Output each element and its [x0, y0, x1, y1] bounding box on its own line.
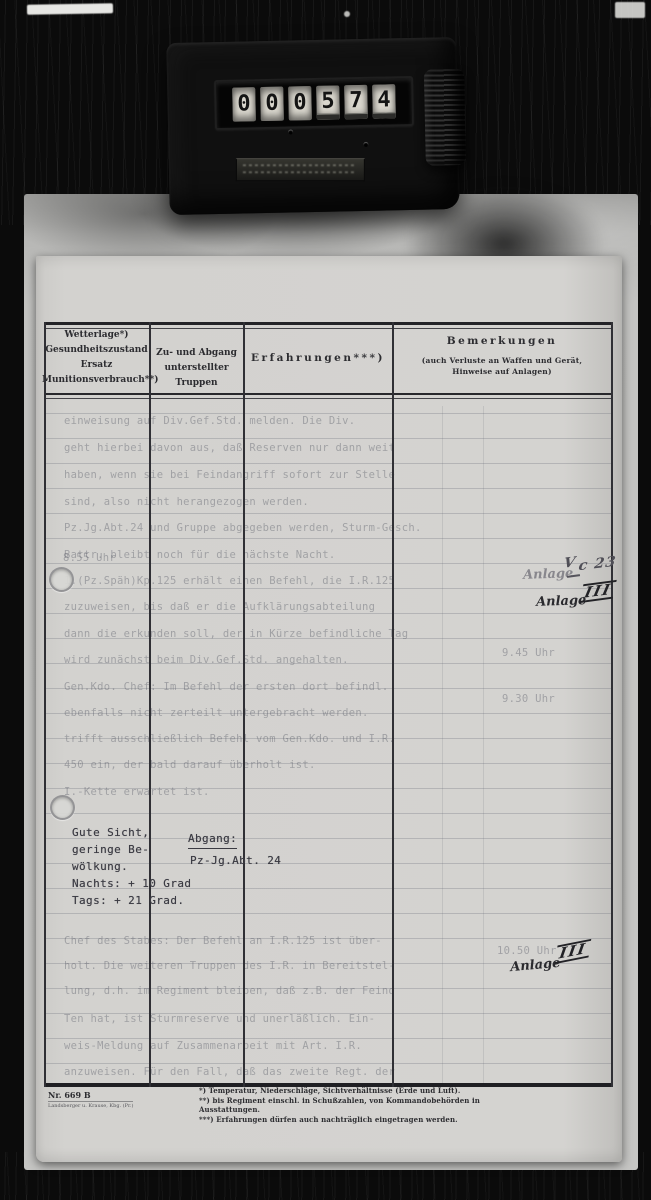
weather-entry: Gute Sicht, geringe Be- wölkung. Nachts:…	[72, 824, 191, 909]
bleedthrough-text: holt. Die weiteren Truppen des I.R. in B…	[64, 960, 395, 972]
bleedthrough-text: anzuweisen. Für den Fall, daß das zweite…	[64, 1066, 395, 1078]
bleedthrough-text: haben, wenn sie bei Feindangriff sofort …	[64, 469, 395, 481]
bleedthrough-text: einweisung auf Div.Gef.Std. melden. Die …	[64, 415, 355, 427]
bleedthrough-text: dann die erkunden soll, der in Kürze bef…	[64, 628, 408, 640]
bleedthrough-text: I.-Kette erwartet ist.	[64, 786, 210, 798]
header-experiences-column: Erfahrungen***)	[244, 352, 392, 364]
counter-digit: 0	[232, 87, 256, 121]
bleedthrough-text: 9.45 Uhr	[502, 647, 555, 659]
bleedthrough-text: geht hierbei davon aus, daß Reserven nur…	[64, 442, 395, 454]
bleedthrough-text: wird zunächst beim Div.Gef.Std. angehalt…	[64, 654, 349, 666]
table-column-line	[392, 322, 394, 1087]
bleedthrough-text: zuzuweisen, bis daß er die Aufklärungsab…	[64, 601, 375, 613]
troops-abgang-heading: Abgang:	[188, 830, 237, 849]
annotation-numeral: V	[563, 554, 577, 571]
table-column-line	[243, 322, 245, 1087]
printer-imprint: Landsberger u. Krause, Kbg. (Pr.)	[48, 1101, 133, 1109]
counter-thumbwheel	[424, 69, 466, 166]
bleedthrough-text: weis-Meldung auf Zusammenarbeit mit Art.…	[64, 1040, 362, 1052]
bleedthrough-rule	[442, 406, 443, 1083]
header-remarks-subtitle: (auch Verluste an Waffen und Gerät, Hinw…	[393, 355, 611, 377]
table-column-line	[149, 322, 151, 1087]
footnote-2: **) bis Regiment einschl. in Schußzahlen…	[199, 1096, 519, 1115]
bleedthrough-text: 8.55 Uhr	[63, 552, 116, 564]
header-weather-column: Wetterlage*) Gesundheitszustand Ersatz M…	[42, 328, 151, 388]
bleedthrough-text: 9.30 Uhr	[502, 693, 555, 705]
bleedthrough-rule	[483, 406, 484, 1083]
bleedthrough-text: sind, also nicht herangezogen werden.	[64, 496, 309, 508]
bleedthrough-text: ebenfalls nicht zerteilt untergebracht w…	[64, 707, 369, 719]
header-troops-column: Zu- und Abgang unterstellter Truppen	[149, 346, 244, 391]
table-right-border	[611, 322, 613, 1087]
counter-screw	[288, 129, 293, 134]
counter-digit: 4	[372, 84, 396, 118]
punch-hole	[49, 567, 74, 592]
counter-digit-window: 0 0 0 5 7 4	[214, 76, 414, 130]
bleedthrough-text: Ten hat, ist Sturmreserve und unerläßlic…	[64, 1013, 375, 1025]
bleedthrough-text: Chef des Stabes: Der Befehl an I.R.125 i…	[64, 935, 382, 947]
film-artifact	[27, 3, 113, 14]
bleedthrough-text: Gen.Kdo. Chef: Im Befehl der ersten dort…	[64, 681, 388, 693]
footnote-3: ***) Erfahrungen dürfen auch nachträglic…	[199, 1115, 519, 1125]
film-artifact	[344, 11, 350, 17]
header-remarks-column: Bemerkungen	[393, 335, 611, 347]
bleedthrough-text: 450 ein, der bald darauf überholt ist.	[64, 759, 316, 771]
bleedthrough-text: lung, d.h. im Regiment bleiben, daß z.B.…	[64, 985, 395, 997]
ruled-lines	[45, 413, 611, 1083]
document-page: einweisung auf Div.Gef.Std. melden. Die …	[36, 256, 622, 1162]
counter-digit: 7	[344, 85, 368, 119]
counter-screw	[363, 142, 368, 147]
bleedthrough-text: 1.(Pz.Späh)Kp.125 erhält einen Befehl, d…	[64, 575, 395, 587]
microfilm-frame: einweisung auf Div.Gef.Std. melden. Die …	[0, 0, 651, 1200]
form-number: Nr. 669 B	[48, 1090, 91, 1100]
bleedthrough-text: trifft ausschließlich Befehl vom Gen.Kdo…	[64, 733, 395, 745]
table-header-separator	[44, 393, 612, 399]
tally-counter-device: 0 0 0 5 7 4	[166, 37, 460, 215]
footnote-1: *) Temperatur, Niederschläge, Sichtverhä…	[199, 1086, 519, 1096]
table-left-border	[44, 322, 46, 1087]
counter-digit: 0	[288, 86, 312, 120]
film-artifact	[615, 2, 645, 18]
footnotes: *) Temperatur, Niederschläge, Sichtverhä…	[199, 1086, 519, 1124]
counter-digit: 0	[260, 87, 284, 121]
troops-unit-entry: Pz-Jg.Abt. 24	[190, 852, 281, 869]
counter-digit: 5	[316, 85, 340, 119]
punch-hole	[50, 795, 75, 820]
counter-label-plate	[236, 158, 365, 181]
